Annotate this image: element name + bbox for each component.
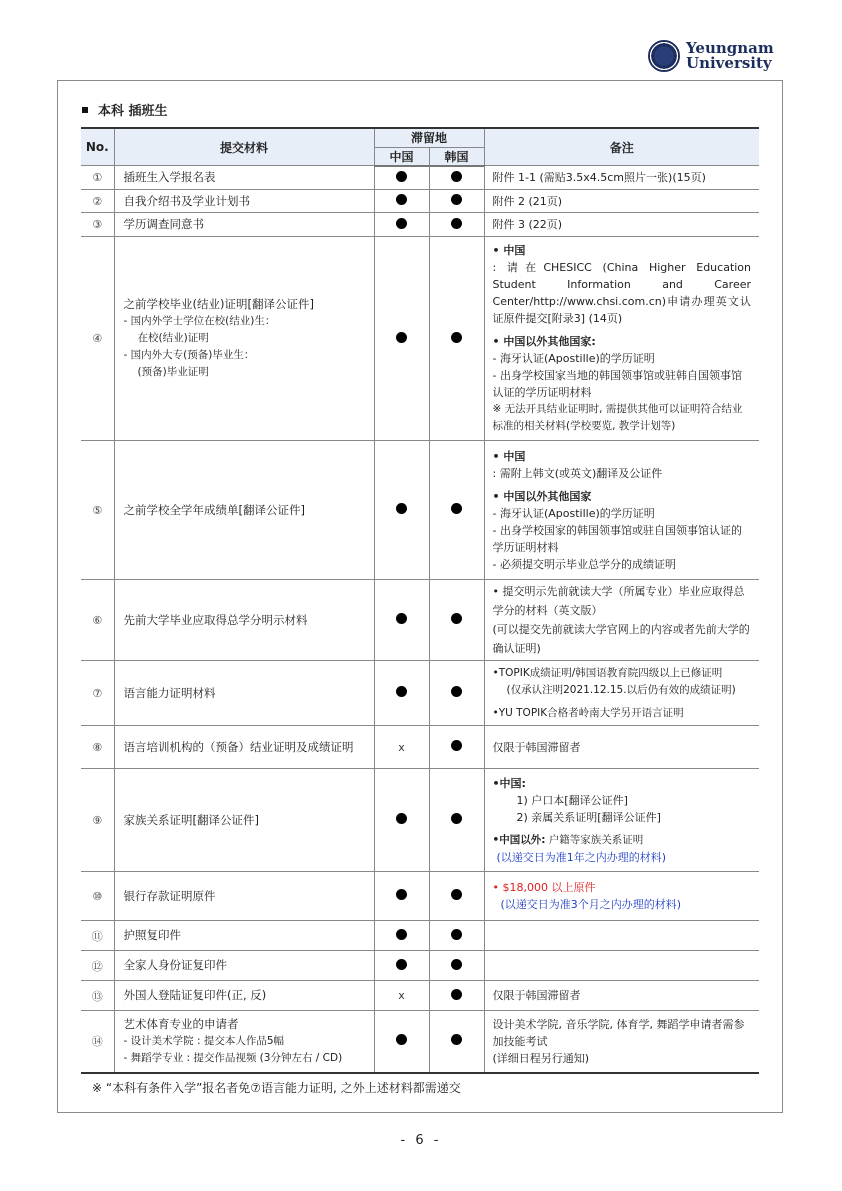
korea-mark xyxy=(429,726,484,769)
col-header-stay: 滞留地 xyxy=(374,128,484,147)
required-dot-icon xyxy=(396,959,407,970)
required-dot-icon xyxy=(396,503,407,514)
page-number: - 6 - xyxy=(0,1133,842,1148)
remarks xyxy=(484,921,759,951)
table-row: ⑫ 全家人身份证复印件 xyxy=(81,951,759,981)
university-seal-icon xyxy=(648,40,680,72)
china-mark xyxy=(374,661,429,726)
col-header-material: 提交材料 xyxy=(114,128,374,166)
remarks: 附件 1-1 (需贴3.5x4.5cm照片一张)(15页) xyxy=(484,166,759,190)
section-title: 本科 插班生 xyxy=(82,100,168,119)
korea-mark xyxy=(429,166,484,190)
required-dot-icon xyxy=(396,813,407,824)
row-number: ⑥ xyxy=(81,580,114,661)
required-dot-icon xyxy=(396,194,407,205)
china-mark xyxy=(374,166,429,190)
required-dot-icon xyxy=(396,889,407,900)
row-number: ③ xyxy=(81,213,114,237)
material-name: 语言培训机构的（预备）结业证明及成绩证明 xyxy=(114,726,374,769)
material-name: 银行存款证明原件 xyxy=(114,872,374,921)
documents-table: No. 提交材料 滞留地 备注 中国 韩国 ① 插班生入学报名表 附件 1-1 … xyxy=(81,127,759,1074)
required-dot-icon xyxy=(396,332,407,343)
row-number: ⑨ xyxy=(81,769,114,872)
material-name: 外国人登陆证复印件(正, 反) xyxy=(114,981,374,1011)
required-dot-icon xyxy=(451,959,462,970)
china-mark xyxy=(374,237,429,441)
row-number: ⑧ xyxy=(81,726,114,769)
remarks: 附件 3 (22页) xyxy=(484,213,759,237)
material-name: 语言能力证明材料 xyxy=(114,661,374,726)
china-mark xyxy=(374,921,429,951)
table-row: ① 插班生入学报名表 附件 1-1 (需贴3.5x4.5cm照片一张)(15页) xyxy=(81,166,759,190)
remarks: 设计美术学院, 音乐学院, 体育学, 舞蹈学申请者需参加技能考试 (详细日程另行… xyxy=(484,1011,759,1073)
row-number: ⑦ xyxy=(81,661,114,726)
remarks: • 提交明示先前就读大学（所属专业）毕业应取得总学分的材料（英文版） (可以提交… xyxy=(484,580,759,661)
china-mark xyxy=(374,213,429,237)
required-dot-icon xyxy=(396,171,407,182)
row-number: ⑪ xyxy=(81,921,114,951)
material-name: 插班生入学报名表 xyxy=(114,166,374,190)
row-number: ② xyxy=(81,190,114,213)
row-number: ⑫ xyxy=(81,951,114,981)
table-row: ⑤ 之前学校全学年成绩单[翻译公证件] • 中国 : 需附上韩文(或英文)翻译及… xyxy=(81,441,759,580)
china-mark: x xyxy=(374,726,429,769)
required-dot-icon xyxy=(451,171,462,182)
remarks: • 中国 : 需附上韩文(或英文)翻译及公证件 • 中国以外其他国家 - 海牙认… xyxy=(484,441,759,580)
korea-mark xyxy=(429,921,484,951)
remarks: 附件 2 (21页) xyxy=(484,190,759,213)
remarks: • $18,000 以上原件 (以递交日为准3个月之内办理的材料) xyxy=(484,872,759,921)
row-number: ① xyxy=(81,166,114,190)
table-row: ⑩ 银行存款证明原件 • $18,000 以上原件 (以递交日为准3个月之内办理… xyxy=(81,872,759,921)
table-row: ⑧ 语言培训机构的（预备）结业证明及成绩证明 x 仅限于韩国滞留者 xyxy=(81,726,759,769)
required-dot-icon xyxy=(451,929,462,940)
remarks: •TOPIK成绩证明/韩国语教育院四级以上已修证明 (仅承认注明2021.12.… xyxy=(484,661,759,726)
material-name: 先前大学毕业应取得总学分明示材料 xyxy=(114,580,374,661)
table-row: ⑦ 语言能力证明材料 •TOPIK成绩证明/韩国语教育院四级以上已修证明 (仅承… xyxy=(81,661,759,726)
required-dot-icon xyxy=(451,194,462,205)
material-name: 之前学校毕业(结业)证明[翻译公证件] - 国内外学士学位在校(结业)生： 在校… xyxy=(114,237,374,441)
china-mark xyxy=(374,769,429,872)
remarks: • 中国 : 请在CHESICC (China Higher Education… xyxy=(484,237,759,441)
col-header-no: No. xyxy=(81,128,114,166)
korea-mark xyxy=(429,981,484,1011)
required-dot-icon xyxy=(451,613,462,624)
university-logo: Yeungnam University xyxy=(648,40,774,72)
row-number: ⑭ xyxy=(81,1011,114,1073)
required-dot-icon xyxy=(396,929,407,940)
row-number: ⑬ xyxy=(81,981,114,1011)
row-number: ⑤ xyxy=(81,441,114,580)
required-dot-icon xyxy=(451,1034,462,1045)
china-mark xyxy=(374,951,429,981)
korea-mark xyxy=(429,872,484,921)
footnote: ※ “本科有条件入学”报名者免⑦语言能力证明, 之外上述材料都需递交 xyxy=(92,1079,461,1096)
china-mark xyxy=(374,580,429,661)
material-name: 全家人身份证复印件 xyxy=(114,951,374,981)
korea-mark xyxy=(429,213,484,237)
korea-mark xyxy=(429,580,484,661)
korea-mark xyxy=(429,237,484,441)
china-mark: x xyxy=(374,981,429,1011)
required-dot-icon xyxy=(396,613,407,624)
required-dot-icon xyxy=(451,503,462,514)
china-mark xyxy=(374,872,429,921)
table-row: ⑭ 艺术体育专业的申请者 - 设计美术学院 : 提交本人作品5幅 - 舞蹈学专业… xyxy=(81,1011,759,1073)
square-bullet-icon xyxy=(82,107,88,113)
col-header-korea: 韩国 xyxy=(429,147,484,166)
material-name: 自我介绍书及学业计划书 xyxy=(114,190,374,213)
korea-mark xyxy=(429,661,484,726)
row-number: ⑩ xyxy=(81,872,114,921)
col-header-remarks: 备注 xyxy=(484,128,759,166)
korea-mark xyxy=(429,441,484,580)
korea-mark xyxy=(429,769,484,872)
material-name: 艺术体育专业的申请者 - 设计美术学院 : 提交本人作品5幅 - 舞蹈学专业 :… xyxy=(114,1011,374,1073)
china-mark xyxy=(374,441,429,580)
required-dot-icon xyxy=(451,740,462,751)
korea-mark xyxy=(429,951,484,981)
table-row: ④ 之前学校毕业(结业)证明[翻译公证件] - 国内外学士学位在校(结业)生： … xyxy=(81,237,759,441)
korea-mark xyxy=(429,1011,484,1073)
logo-text: Yeungnam University xyxy=(686,41,774,71)
required-dot-icon xyxy=(451,889,462,900)
required-dot-icon xyxy=(451,989,462,1000)
required-dot-icon xyxy=(451,332,462,343)
korea-mark xyxy=(429,190,484,213)
remarks: •中国: 1) 户口本[翻译公证件] 2) 亲属关系证明[翻译公证件] •中国以… xyxy=(484,769,759,872)
row-number: ④ xyxy=(81,237,114,441)
table-row: ⑨ 家族关系证明[翻译公证件] •中国: 1) 户口本[翻译公证件] 2) 亲属… xyxy=(81,769,759,872)
table-row: ⑬ 外国人登陆证复印件(正, 反) x 仅限于韩国滞留者 xyxy=(81,981,759,1011)
required-dot-icon xyxy=(451,218,462,229)
required-dot-icon xyxy=(396,1034,407,1045)
material-name: 家族关系证明[翻译公证件] xyxy=(114,769,374,872)
table-row: ⑥ 先前大学毕业应取得总学分明示材料 • 提交明示先前就读大学（所属专业）毕业应… xyxy=(81,580,759,661)
remarks xyxy=(484,951,759,981)
table-row: ② 自我介绍书及学业计划书 附件 2 (21页) xyxy=(81,190,759,213)
material-name: 学历调查同意书 xyxy=(114,213,374,237)
required-dot-icon xyxy=(396,218,407,229)
table-row: ⑪ 护照复印件 xyxy=(81,921,759,951)
required-dot-icon xyxy=(451,813,462,824)
remarks: 仅限于韩国滞留者 xyxy=(484,981,759,1011)
table-row: ③ 学历调查同意书 附件 3 (22页) xyxy=(81,213,759,237)
china-mark xyxy=(374,1011,429,1073)
material-name: 之前学校全学年成绩单[翻译公证件] xyxy=(114,441,374,580)
required-dot-icon xyxy=(396,686,407,697)
material-name: 护照复印件 xyxy=(114,921,374,951)
col-header-china: 中国 xyxy=(374,147,429,166)
china-mark xyxy=(374,190,429,213)
remarks: 仅限于韩国滞留者 xyxy=(484,726,759,769)
required-dot-icon xyxy=(451,686,462,697)
